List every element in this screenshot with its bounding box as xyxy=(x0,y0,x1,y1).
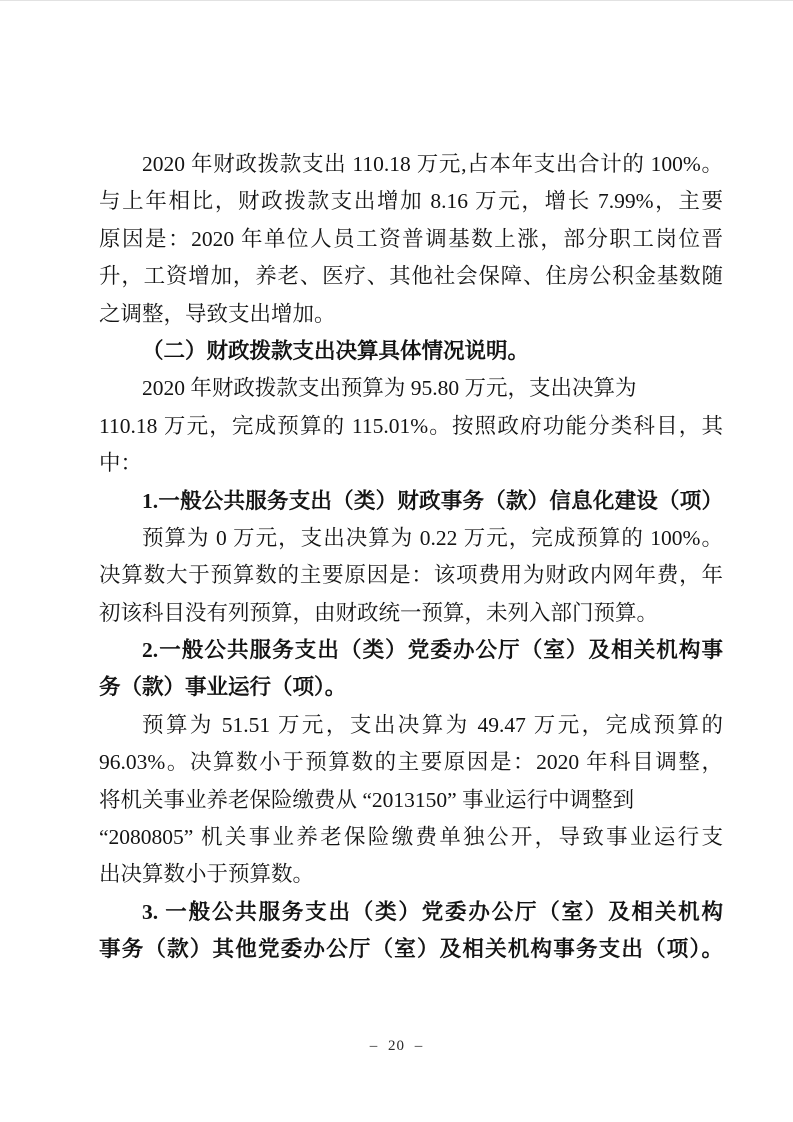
text-line: 3. 一般公共服务支出（类）党委办公厅（室）及相关机构 xyxy=(99,894,723,931)
text-line: 2.一般公共服务支出（类）党委办公厅（室）及相关机构事 xyxy=(99,632,723,669)
text-line: 与上年相比，财政拨款支出增加 8.16 万元，增长 7.99%，主要 xyxy=(99,183,723,220)
text-line: 决算数大于预算数的主要原因是：该项费用为财政内网年费，年 xyxy=(99,557,723,594)
text-line: 预算为 0 万元，支出决算为 0.22 万元，完成预算的 100%。 xyxy=(99,520,723,557)
text-line: 之调整，导致支出增加。 xyxy=(99,296,723,333)
text-line: 1.一般公共服务支出（类）财政事务（款）信息化建设（项） xyxy=(99,483,723,520)
text-line: 2020 年财政拨款支出预算为 95.80 万元，支出决算为 xyxy=(99,370,723,407)
page-footer: – 20 – xyxy=(0,1035,793,1057)
text-line: 原因是：2020 年单位人员工资普调基数上涨，部分职工岗位晋 xyxy=(99,221,723,258)
text-line: 升，工资增加，养老、医疗、其他社会保障、住房公积金基数随 xyxy=(99,258,723,295)
text-line: 中： xyxy=(99,445,723,482)
text-line: 2020 年财政拨款支出 110.18 万元,占本年支出合计的 100%。 xyxy=(99,146,723,183)
body-text: 2020 年财政拨款支出 110.18 万元,占本年支出合计的 100%。与上年… xyxy=(99,146,723,969)
text-line: 出决算数小于预算数。 xyxy=(99,856,723,893)
page-number: – 20 – xyxy=(370,1038,424,1054)
text-line: 96.03%。决算数小于预算数的主要原因是：2020 年科目调整， xyxy=(99,744,723,781)
document-page: 2020 年财政拨款支出 110.18 万元,占本年支出合计的 100%。与上年… xyxy=(0,0,793,1122)
text-line: （二）财政拨款支出决算具体情况说明。 xyxy=(99,333,723,370)
text-line: 事务（款）其他党委办公厅（室）及相关机构事务支出（项）。 xyxy=(99,931,723,968)
page-top-edge xyxy=(0,0,793,1)
text-line: 110.18 万元，完成预算的 115.01%。按照政府功能分类科目，其 xyxy=(99,408,723,445)
text-line: 将机关事业养老保险缴费从 “2013150” 事业运行中调整到 xyxy=(99,782,723,819)
text-line: “2080805” 机关事业养老保险缴费单独公开，导致事业运行支 xyxy=(99,819,723,856)
text-line: 务（款）事业运行（项）。 xyxy=(99,669,723,706)
text-line: 预算为 51.51 万元，支出决算为 49.47 万元，完成预算的 xyxy=(99,707,723,744)
text-line: 初该科目没有列预算，由财政统一预算，未列入部门预算。 xyxy=(99,595,723,632)
